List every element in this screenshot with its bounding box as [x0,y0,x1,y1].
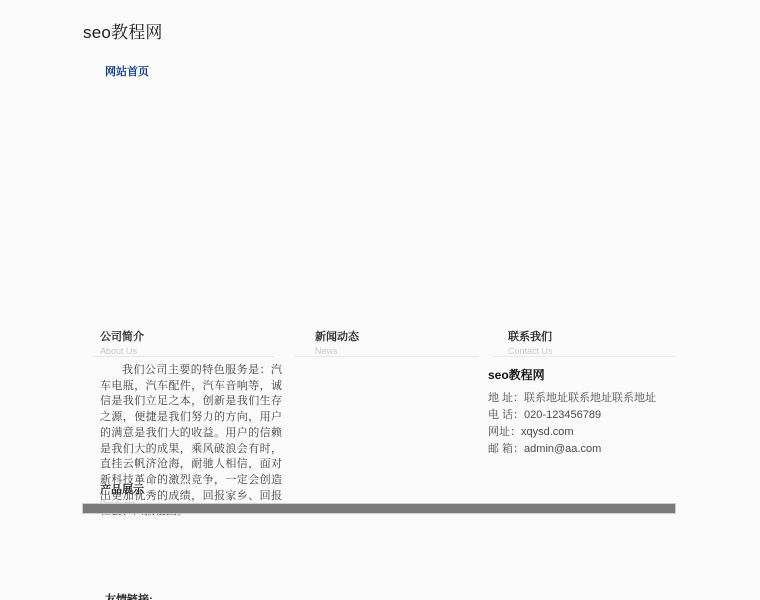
section-title-news: 新闻动态 [315,331,359,344]
divider-about [94,356,275,357]
divider-news [295,356,478,357]
contact-address: 地 址：联系地址联系地址联系地址 [488,390,668,407]
page: seo教程网 网站首页 公司简介 About Us 新闻动态 News 联系我们… [0,0,760,600]
section-title-products: 产品展示 [100,484,144,497]
section-title-contact: 联系我们 [508,331,553,344]
contact-website: 网址：xqysd.com [488,424,668,441]
nav-item-home[interactable]: 网站首页 [105,66,149,78]
section-title-about: 公司简介 [100,331,144,344]
products-bar [82,503,676,514]
divider-contact [492,356,674,357]
section-header-contact: 联系我们 Contact Us [508,331,553,357]
section-header-news: 新闻动态 News [315,331,359,357]
friend-links-title: 友情链接: [105,591,153,600]
contact-phone: 电 话：020-123456789 [488,407,668,424]
main-nav: 网站首页 [105,62,149,80]
section-header-about: 公司简介 About Us [100,331,144,357]
contact-company-name: seo教程网 [488,366,668,383]
contact-email: 邮 箱：admin@aa.com [488,441,668,458]
contact-block: seo教程网 地 址：联系地址联系地址联系地址 电 话：020-12345678… [488,366,668,458]
site-title: seo教程网 [83,18,163,43]
